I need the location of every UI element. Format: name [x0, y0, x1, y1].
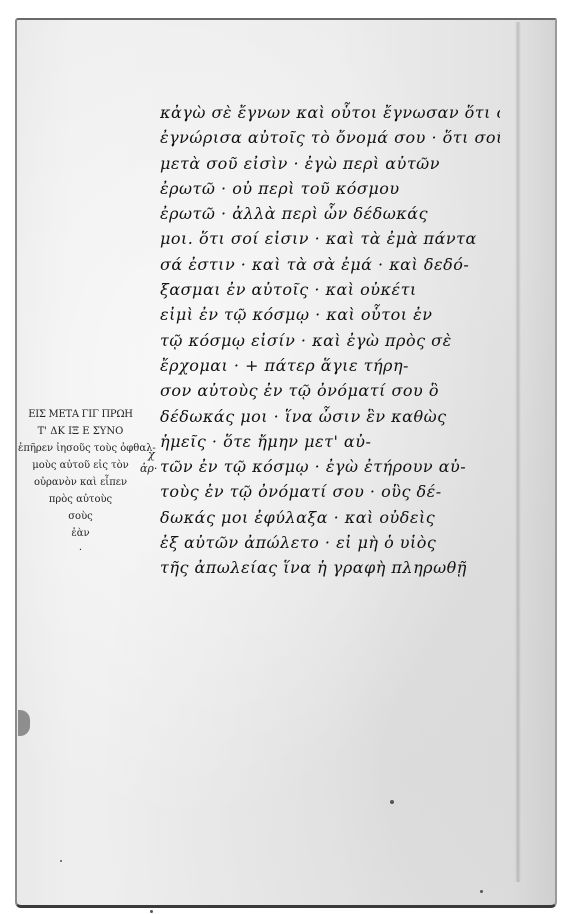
main-text-column: κἀγὼ σὲ ἔγνων καὶ οὗτοι ἔγνωσαν ὅτι σύ μ…	[160, 100, 500, 581]
speck	[150, 910, 153, 913]
text-line: τοὺς ἐν τῷ ὀνόματί σου · οὓς δέ-	[160, 479, 500, 504]
text-line: τῆς ἀπωλείας ἵνα ἡ γραφὴ πληρωθῇ	[160, 555, 500, 580]
text-line: ἡμεῖς · ὅτε ἤμην μετ' αὐ-	[160, 429, 500, 454]
speck	[480, 890, 483, 893]
text-line: ἐξ αὐτῶν ἀπώλετο · εἰ μὴ ὁ υἱὸς	[160, 530, 500, 555]
speck	[390, 800, 394, 804]
text-line: εἰμὶ ἐν τῷ κόσμῳ · καὶ οὗτοι ἐν	[160, 302, 500, 327]
speck	[60, 860, 62, 862]
marginal-line: ΕΙΣ ΜΕΤΑ ΓΙΓ ΠΡΩΗ	[18, 406, 143, 423]
marginal-line: Τ' ΔΚ ΙΞ Ε ΣΥΝΟ	[18, 423, 143, 440]
marginal-line: ·	[18, 542, 143, 559]
text-line: τῶν ἐν τῷ κόσμῳ · ἐγὼ ἐτήρουν αὐ-	[160, 454, 500, 479]
lection-marker: χ ἀρ·	[140, 448, 165, 476]
marker-arche: ἀρ·	[140, 462, 165, 476]
marginal-line: ἐὰν	[18, 525, 143, 542]
marginal-note: ΕΙΣ ΜΕΤΑ ΓΙΓ ΠΡΩΗ Τ' ΔΚ ΙΞ Ε ΣΥΝΟ ἐπῆρεν…	[18, 406, 143, 559]
marginal-line: σοὺς	[18, 508, 143, 525]
marginal-line: οὐρανὸν καὶ εἶπεν	[18, 474, 143, 491]
page-fold-shadow	[515, 22, 521, 882]
text-line: τῷ κόσμῳ εἰσίν · καὶ ἐγὼ πρὸς σὲ	[160, 328, 500, 353]
marginal-line: πρὸς αὐτοὺς	[18, 491, 143, 508]
text-line: δέδωκάς μοι · ἵνα ὦσιν ἓν καθὼς	[160, 404, 500, 429]
text-line: μετὰ σοῦ εἰσὶν · ἐγὼ περὶ αὐτῶν	[160, 151, 500, 176]
marker-chi: χ	[140, 448, 165, 462]
text-line: ξασμαι ἐν αὐτοῖς · καὶ οὐκέτι	[160, 277, 500, 302]
text-line: ἔρχομαι · + πάτερ ἅγιε τήρη-	[160, 353, 500, 378]
text-line: δωκάς μοι ἐφύλαξα · καὶ οὐδεὶς	[160, 505, 500, 530]
marginal-line: ἐπῆρεν ἰησοῦς τοὺς ὀφθαλ-	[18, 440, 143, 457]
text-line: μοι. ὅτι σοί εἰσιν · καὶ τὰ ἐμὰ πάντα	[160, 226, 500, 251]
text-line: κἀγὼ σὲ ἔγνων καὶ οὗτοι ἔγνωσαν ὅτι σύ μ…	[160, 100, 500, 125]
text-line: ἐγνώρισα αὐτοῖς τὸ ὄνομά σου · ὅτι σοῦ	[160, 125, 500, 150]
text-line: ἐρωτῶ · ἀλλὰ περὶ ὧν δέδωκάς	[160, 201, 500, 226]
marginal-line: μοὺς αὐτοῦ εἰς τὸν	[18, 457, 143, 474]
text-line: ἐρωτῶ · οὐ περὶ τοῦ κόσμου	[160, 176, 500, 201]
text-line: σον αὐτοὺς ἐν τῷ ὀνόματί σου ὃ	[160, 378, 500, 403]
text-line: σά ἐστιν · καὶ τὰ σὰ ἐμά · καὶ δεδό-	[160, 252, 500, 277]
